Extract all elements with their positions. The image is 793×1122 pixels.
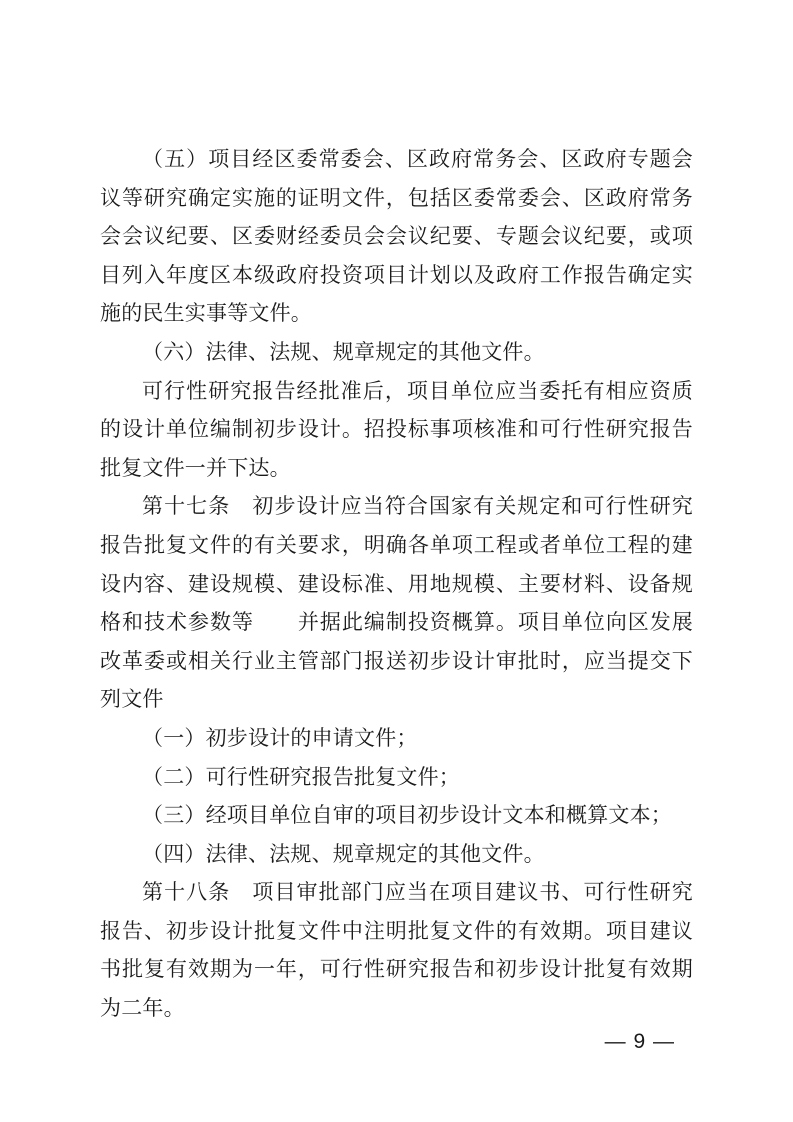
page-number: — 9 — bbox=[0, 1030, 675, 1054]
document-page: （五）项目经区委常委会、区政府常务会、区政府专题会议等研究确定实施的证明文件，包… bbox=[0, 0, 793, 1122]
paragraph-article-18: 第十八条 项目审批部门应当在项目建议书、可行性研究报告、初步设计批复文件中注明批… bbox=[100, 874, 693, 1028]
document-body: （五）项目经区委常委会、区政府常务会、区政府专题会议等研究确定实施的证明文件，包… bbox=[100, 141, 693, 1029]
paragraph-list-item-2: （二）可行性研究报告批复文件； bbox=[100, 759, 693, 798]
paragraph-feasibility-approval: 可行性研究报告经批准后，项目单位应当委托有相应资质的设计单位编制初步设计。招投标… bbox=[100, 373, 693, 489]
paragraph-list-item-3: （三）经项目单位自审的项目初步设计文本和概算文本； bbox=[100, 797, 693, 836]
paragraph-article-17: 第十七条 初步设计应当符合国家有关规定和可行性研究报告批复文件的有关要求，明确各… bbox=[100, 488, 693, 720]
paragraph-clause-item-5: （五）项目经区委常委会、区政府常务会、区政府专题会议等研究确定实施的证明文件，包… bbox=[100, 141, 693, 334]
paragraph-list-item-1: （一）初步设计的申请文件； bbox=[100, 720, 693, 759]
paragraph-clause-item-6: （六）法律、法规、规章规定的其他文件。 bbox=[100, 334, 693, 373]
paragraph-list-item-4: （四）法律、法规、规章规定的其他文件。 bbox=[100, 836, 693, 875]
